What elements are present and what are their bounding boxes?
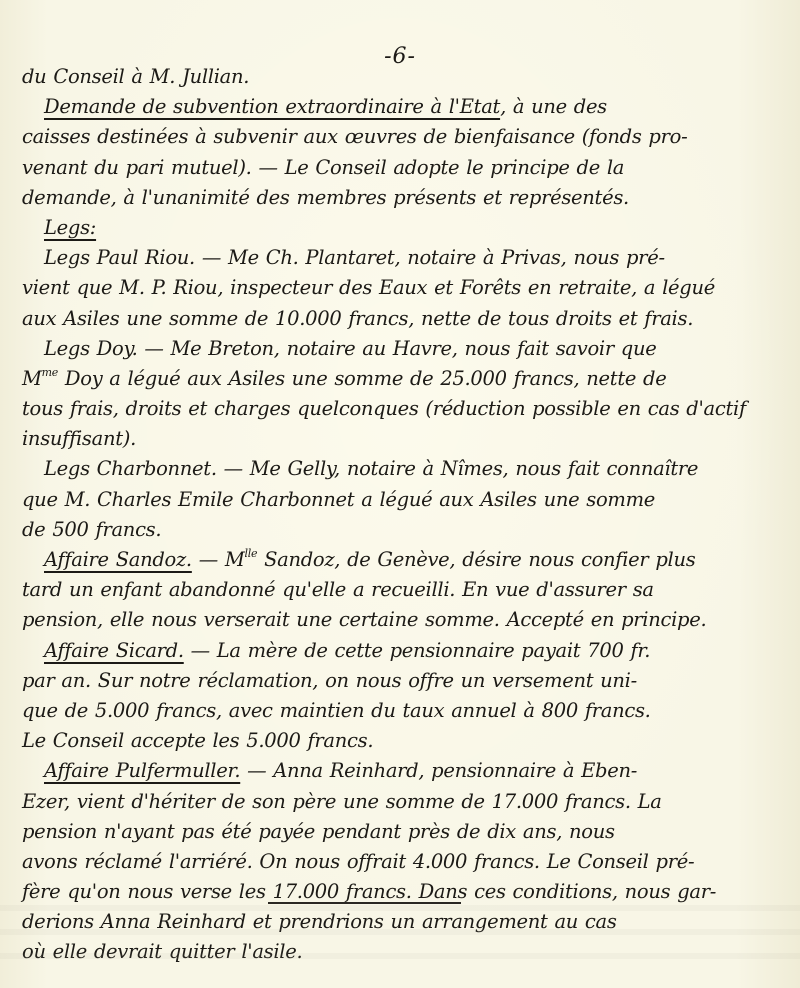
line-text: que de 5.000 francs, avec maintien du ta…: [22, 699, 651, 722]
section-heading-line: Affaire Pulfermuller. — Anna Reinhard, p…: [22, 756, 742, 786]
text-line: aux Asiles une somme de 10.000 francs, n…: [22, 304, 742, 334]
section-heading-legs: Legs:: [44, 216, 96, 239]
text-line: Mme Doy a légué aux Asiles une somme de …: [22, 364, 742, 394]
text-line: avons réclamé l'arriéré. On nous offrait…: [22, 847, 742, 877]
section-heading-affaire-sicard: Affaire Sicard.: [44, 639, 184, 662]
section-heading-affaire-pulfermuller: Affaire Pulfermuller.: [44, 759, 240, 782]
line-text: pension n'ayant pas été payée pendant pr…: [22, 820, 615, 843]
line-text: que M. Charles Emile Charbonnet a légué …: [22, 488, 655, 511]
section-heading-line: Legs:: [22, 213, 742, 243]
line-text: Le Conseil accepte les 5.000 francs.: [22, 729, 373, 752]
text-line: pension, elle nous verserait une certain…: [22, 605, 742, 635]
text-line: tard un enfant abandonné qu'elle a recue…: [22, 575, 742, 605]
line-text: Doy a légué aux Asiles une somme de 25.0…: [58, 367, 666, 390]
text-line: par an. Sur notre réclamation, on nous o…: [22, 666, 742, 696]
section-heading-line: Affaire Sicard. — La mère de cette pensi…: [22, 636, 742, 666]
text-line: venant du pari mutuel). — Le Conseil ado…: [22, 153, 742, 183]
line-text: insuffisant).: [22, 427, 136, 450]
line-text: venant du pari mutuel). — Le Conseil ado…: [22, 156, 624, 179]
text-line: de 500 francs.: [22, 515, 742, 545]
superscript-abbrev: lle: [245, 547, 258, 560]
line-text: , à une des: [500, 95, 607, 118]
line-text: par an. Sur notre réclamation, on nous o…: [22, 669, 637, 692]
text-line: que de 5.000 francs, avec maintien du ta…: [22, 696, 742, 726]
text-line: tous frais, droits et charges quelconque…: [22, 394, 742, 424]
line-text: Legs Doy. — Me Breton, notaire au Havre,…: [44, 337, 656, 360]
text-line: pension n'ayant pas été payée pendant pr…: [22, 817, 742, 847]
line-text: — La mère de cette pensionnaire payait 7…: [184, 639, 650, 662]
line-text: pension, elle nous verserait une certain…: [22, 608, 706, 631]
handwritten-minutes-text: du Conseil à M. Jullian. Demande de subv…: [22, 62, 742, 968]
line-text: tard un enfant abandonné qu'elle a recue…: [22, 578, 654, 601]
line-text: aux Asiles une somme de 10.000 francs, n…: [22, 307, 693, 330]
line-text: du Conseil à M. Jullian.: [22, 65, 249, 88]
text-line: que M. Charles Emile Charbonnet a légué …: [22, 485, 742, 515]
text-line: du Conseil à M. Jullian.: [22, 62, 742, 92]
line-text: Sandoz, de Genève, désire nous confier p…: [257, 548, 695, 571]
line-text: — M: [192, 548, 245, 571]
line-text: M: [22, 367, 42, 390]
section-heading-affaire-sandoz: Affaire Sandoz.: [44, 548, 192, 571]
section-heading-line: Affaire Sandoz. — Mlle Sandoz, de Genève…: [22, 545, 742, 575]
section-heading-line: Demande de subvention extraordinaire à l…: [22, 92, 742, 122]
line-text: tous frais, droits et charges quelconque…: [22, 397, 746, 420]
line-text: Legs Paul Riou. — Me Ch. Plantaret, nota…: [44, 246, 665, 269]
section-heading-subvention: Demande de subvention extraordinaire à l…: [44, 95, 500, 118]
text-line: demande, à l'unanimité des membres prése…: [22, 183, 742, 213]
show-through-bleed: [0, 905, 800, 965]
manuscript-page: -6- du Conseil à M. Jullian. Demande de …: [0, 0, 800, 988]
line-text: Legs Charbonnet. — Me Gelly, notaire à N…: [44, 457, 698, 480]
line-text: — Anna Reinhard, pensionnaire à Eben-: [240, 759, 637, 782]
line-text: de 500 francs.: [22, 518, 161, 541]
line-text: fère qu'on nous verse les 17.000 francs.…: [22, 880, 716, 903]
line-text: avons réclamé l'arriéré. On nous offrait…: [22, 850, 694, 873]
superscript-abbrev: me: [42, 366, 58, 379]
text-line: Le Conseil accepte les 5.000 francs.: [22, 726, 742, 756]
text-line: Legs Charbonnet. — Me Gelly, notaire à N…: [22, 454, 742, 484]
text-line: Legs Doy. — Me Breton, notaire au Havre,…: [22, 334, 742, 364]
text-line: caisses destinées à subvenir aux œuvres …: [22, 122, 742, 152]
line-text: demande, à l'unanimité des membres prése…: [22, 186, 629, 209]
line-text: Ezer, vient d'hériter de son père une so…: [22, 790, 662, 813]
text-line: insuffisant).: [22, 424, 742, 454]
text-line: Legs Paul Riou. — Me Ch. Plantaret, nota…: [22, 243, 742, 273]
line-text: caisses destinées à subvenir aux œuvres …: [22, 125, 687, 148]
text-line: vient que M. P. Riou, inspecteur des Eau…: [22, 273, 742, 303]
text-line: Ezer, vient d'hériter de son père une so…: [22, 787, 742, 817]
closing-divider-rule: [268, 902, 461, 904]
line-text: vient que M. P. Riou, inspecteur des Eau…: [22, 276, 715, 299]
